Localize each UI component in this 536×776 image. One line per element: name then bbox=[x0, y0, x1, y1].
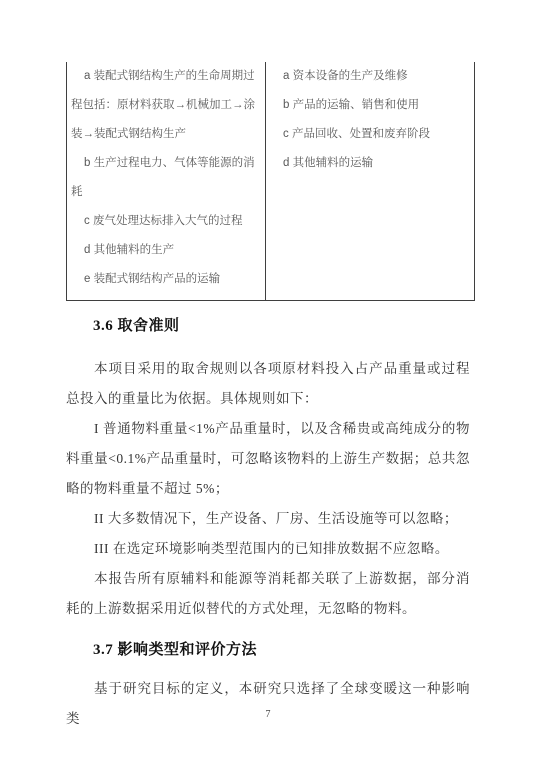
body-paragraph: 基于研究目标的定义，本研究只选择了全球变暖这一种影响类 bbox=[66, 674, 470, 734]
excluded-processes-cell: a 资本设备的生产及维修 b 产品的运输、销售和使用 c 产品回收、处置和废弃阶… bbox=[266, 62, 475, 301]
table-item: e 装配式钢结构产品的运输 bbox=[71, 265, 261, 294]
table-item: d 其他辅料的运输 bbox=[270, 149, 470, 178]
body-paragraph: I 普通物料重量<1%产品重量时，以及含稀贵或高纯成分的物料重量<0.1%产品重… bbox=[66, 414, 470, 504]
body-paragraph: II 大多数情况下，生产设备、厂房、生活设施等可以忽略； bbox=[66, 504, 470, 534]
section-3-6: 3.6 取舍准则 本项目采用的取舍规则以各项原材料投入占产品重量或过程总投入的重… bbox=[66, 317, 470, 624]
table-item: c 产品回收、处置和废弃阶段 bbox=[270, 120, 470, 149]
table-item: d 其他辅料的生产 bbox=[71, 236, 261, 265]
table-item: c 废气处理达标排入大气的过程 bbox=[71, 207, 261, 236]
section-3-7-paragraphs: 基于研究目标的定义，本研究只选择了全球变暖这一种影响类 bbox=[66, 674, 470, 734]
body-paragraph: 本报告所有原辅料和能源等消耗都关联了上游数据，部分消耗的上游数据采用近似替代的方… bbox=[66, 564, 470, 624]
system-boundary-table-wrap: a 装配式钢结构生产的生命周期过程包括：原材料获取→机械加工→涂装→装配式钢结构… bbox=[66, 62, 464, 301]
page-content: 3.6 取舍准则 本项目采用的取舍规则以各项原材料投入占产品重量或过程总投入的重… bbox=[66, 300, 470, 734]
section-3-6-paragraphs: 本项目采用的取舍规则以各项原材料投入占产品重量或过程总投入的重量比为依据。具体规… bbox=[66, 354, 470, 624]
body-paragraph: 本项目采用的取舍规则以各项原材料投入占产品重量或过程总投入的重量比为依据。具体规… bbox=[66, 354, 470, 414]
table-item: b 产品的运输、销售和使用 bbox=[270, 91, 470, 120]
table-item: a 装配式钢结构生产的生命周期过程包括：原材料获取→机械加工→涂装→装配式钢结构… bbox=[71, 62, 261, 149]
document-page: a 装配式钢结构生产的生命周期过程包括：原材料获取→机械加工→涂装→装配式钢结构… bbox=[0, 0, 536, 776]
section-3-6-heading: 3.6 取舍准则 bbox=[66, 317, 470, 335]
body-paragraph: III 在选定环境影响类型范围内的已知排放数据不应忽略。 bbox=[66, 534, 470, 564]
table-item: b 生产过程电力、气体等能源的消耗 bbox=[71, 149, 261, 207]
page-number: 7 bbox=[0, 708, 536, 722]
table-item: a 资本设备的生产及维修 bbox=[270, 62, 470, 91]
table-row: a 装配式钢结构生产的生命周期过程包括：原材料获取→机械加工→涂装→装配式钢结构… bbox=[67, 62, 475, 301]
included-processes-cell: a 装配式钢结构生产的生命周期过程包括：原材料获取→机械加工→涂装→装配式钢结构… bbox=[67, 62, 266, 301]
section-3-7-heading: 3.7 影响类型和评价方法 bbox=[66, 641, 470, 659]
system-boundary-table: a 装配式钢结构生产的生命周期过程包括：原材料获取→机械加工→涂装→装配式钢结构… bbox=[66, 62, 475, 301]
